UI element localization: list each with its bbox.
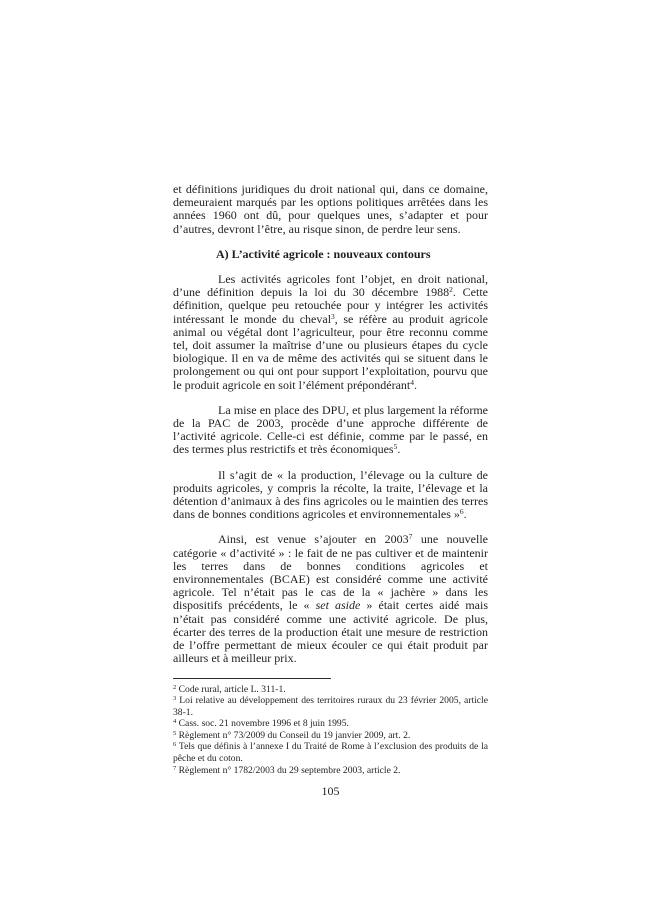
- body-paragraph: La mise en place des DPU, et plus largem…: [173, 404, 488, 457]
- footnote-marker: 7: [173, 765, 176, 772]
- footnote-marker: 3: [173, 695, 176, 702]
- footnote: 4 Cass. soc. 21 novembre 1996 et 8 juin …: [173, 718, 488, 730]
- footnote-marker: 6: [173, 741, 176, 748]
- document-page: et définitions juridiques du droit natio…: [0, 0, 650, 920]
- text-block: et définitions juridiques du droit natio…: [173, 183, 488, 798]
- footnote-marker: 4: [173, 718, 176, 725]
- footnotes: 2 Code rural, article L. 311-1. 3 Loi re…: [173, 684, 488, 777]
- body-paragraph: Les activités agricoles font l’objet, en…: [173, 273, 488, 392]
- footnote: 7 Règlement n° 1782/2003 du 29 septembre…: [173, 765, 488, 777]
- footnote: 5 Règlement n° 73/2009 du Conseil du 19 …: [173, 730, 488, 742]
- footnote: 2 Code rural, article L. 311-1.: [173, 684, 488, 696]
- body-paragraph: Ainsi, est venue s’ajouter en 20037 une …: [173, 533, 488, 665]
- footnote-separator: [173, 678, 331, 679]
- body-paragraph: Il s’agit de « la production, l’élevage …: [173, 469, 488, 522]
- footnote-marker: 5: [173, 730, 176, 737]
- body-paragraph-intro: et définitions juridiques du droit natio…: [173, 183, 488, 236]
- page-number: 105: [173, 785, 488, 798]
- footnote-marker: 2: [173, 684, 176, 691]
- footnote: 3 Loi relative au développement des terr…: [173, 695, 488, 718]
- section-heading: A) L’activité agricole : nouveaux contou…: [173, 248, 488, 261]
- footnote: 6 Tels que définis à l’annexe I du Trait…: [173, 741, 488, 764]
